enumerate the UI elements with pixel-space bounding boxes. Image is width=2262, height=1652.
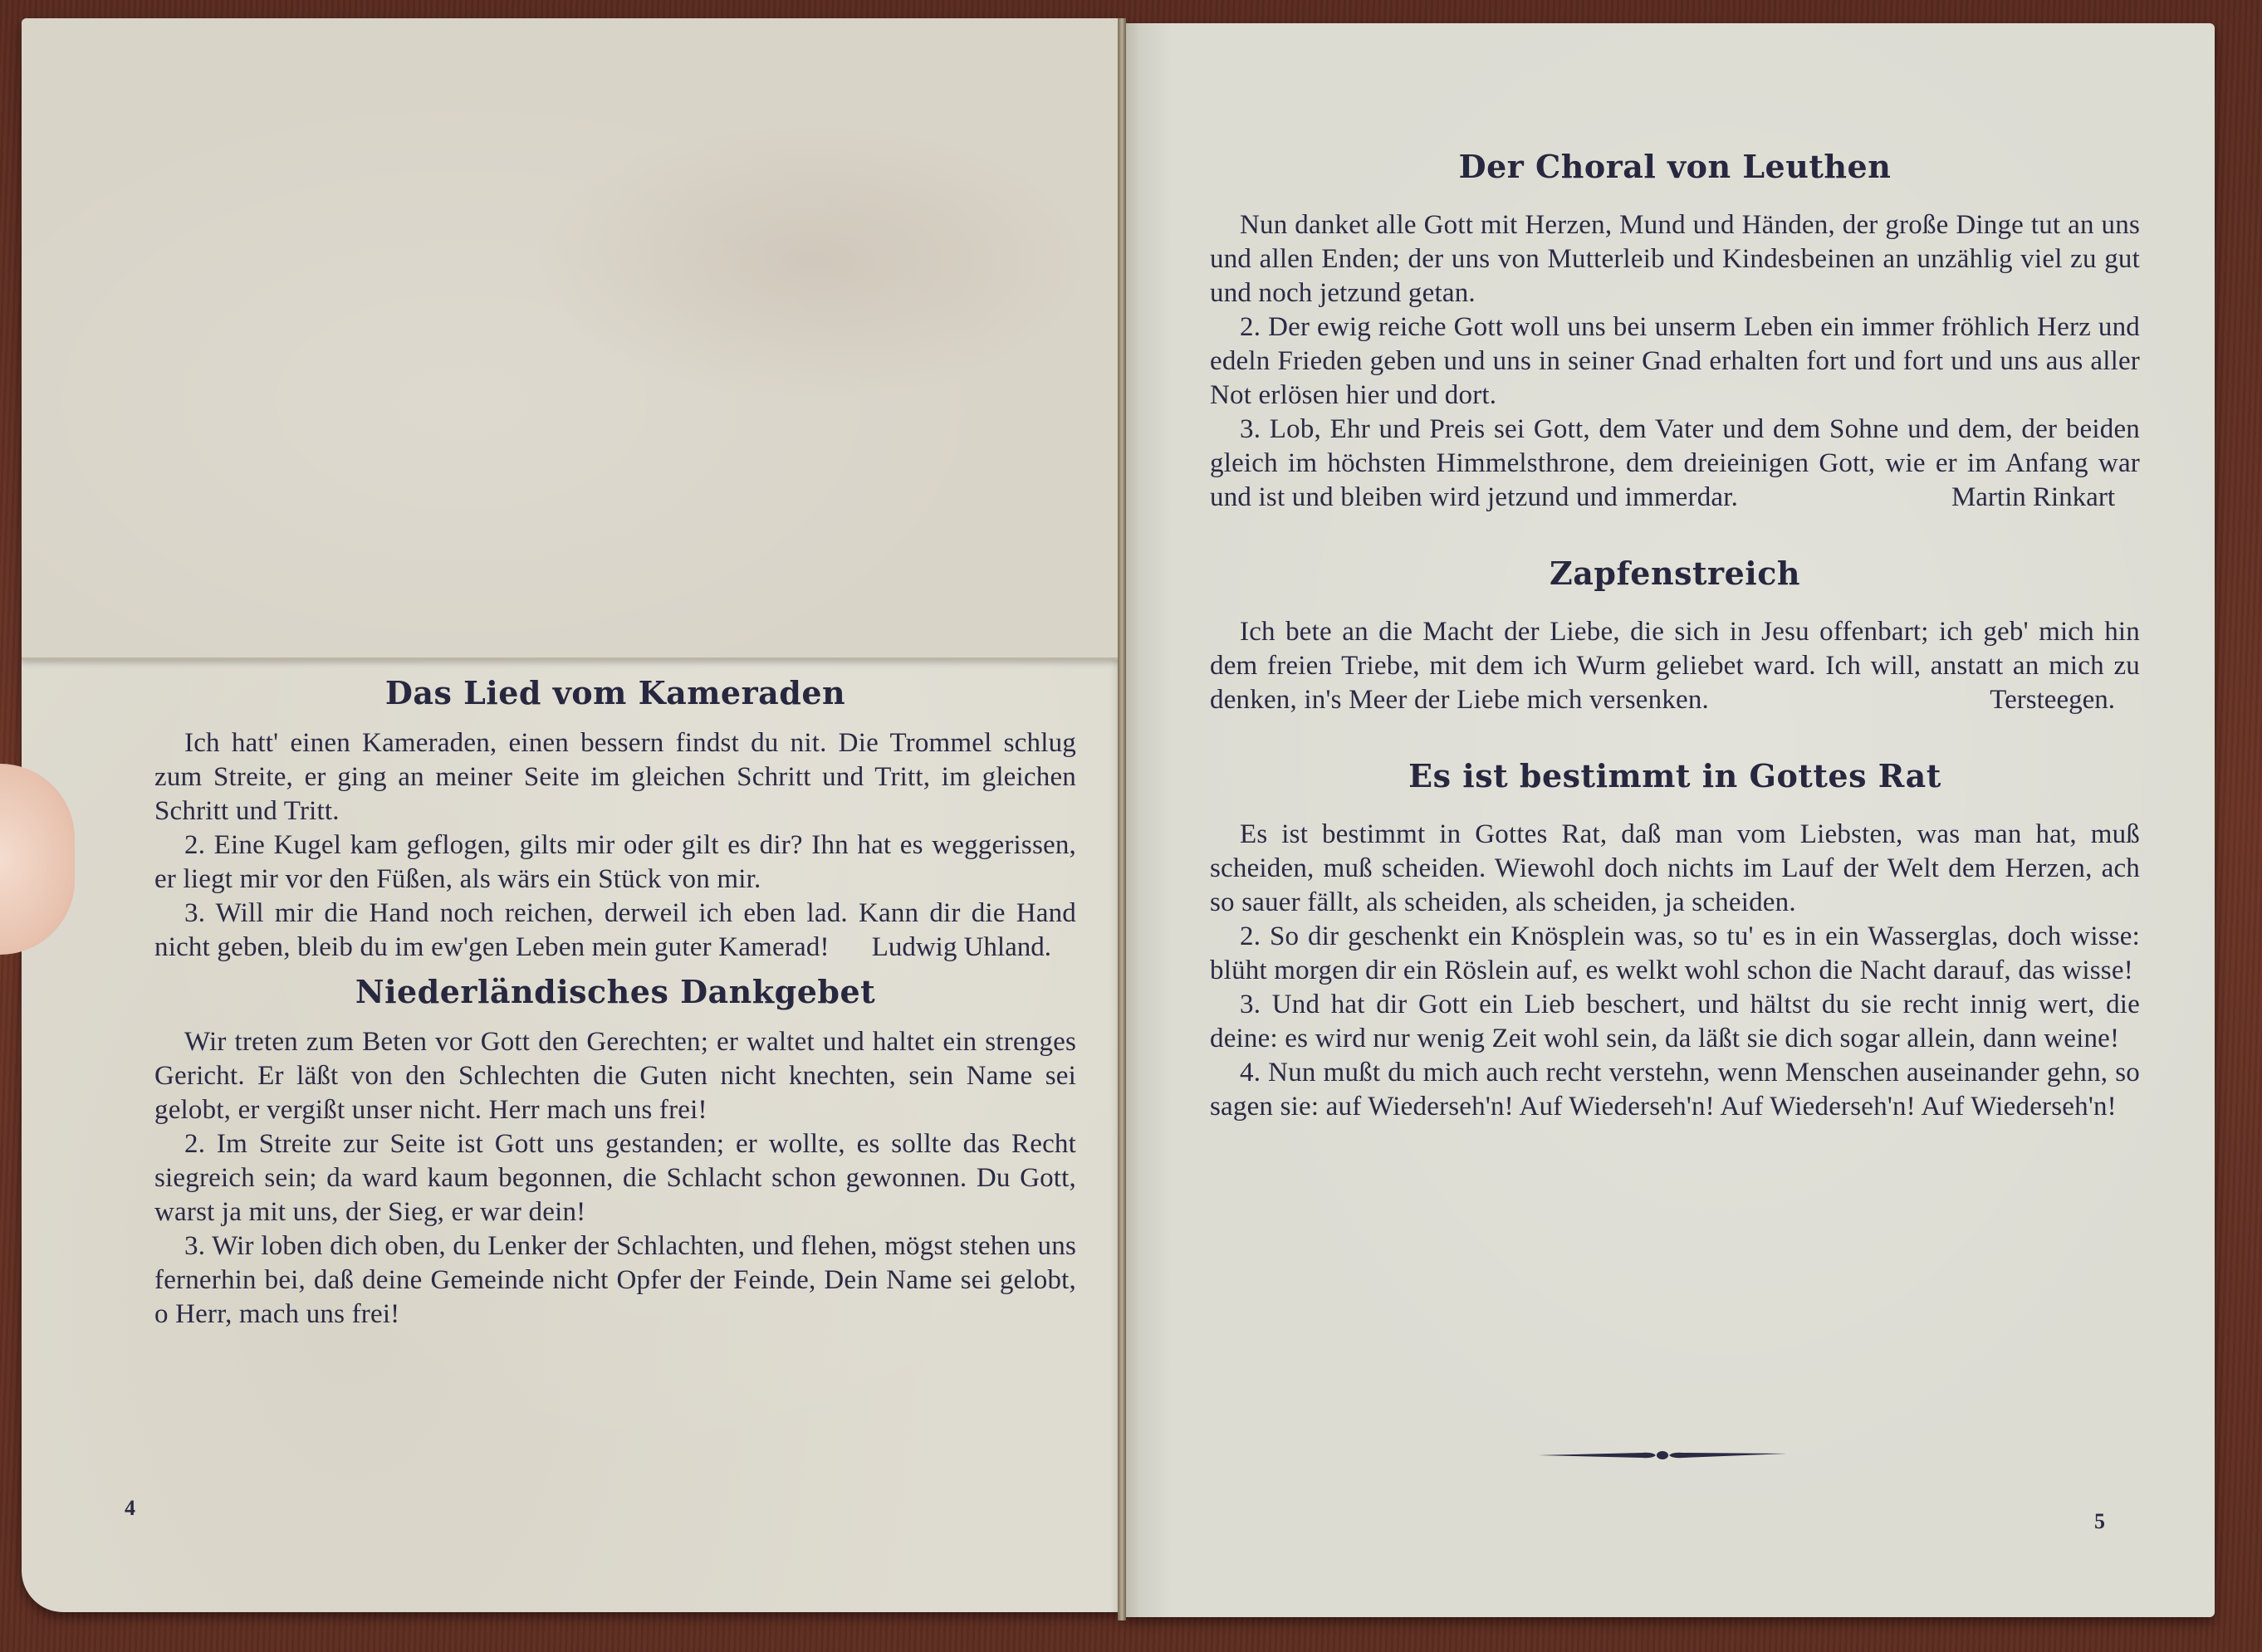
verse: Ich hatt' einen Kameraden, einen bessern… — [154, 726, 1076, 828]
verse: 2. Der ewig reiche Gott woll uns bei uns… — [1210, 310, 2140, 413]
verse: 3. Und hat dir Gott ein Lieb beschert, u… — [1210, 988, 2140, 1056]
page-number: 4 — [125, 1496, 135, 1521]
verse: 2. Im Streite zur Seite ist Gott uns ges… — [154, 1127, 1076, 1229]
verse: Wir treten zum Beten vor Gott den Gerech… — [154, 1025, 1076, 1127]
song-title: Niederländisches Dankgebet — [154, 973, 1076, 1010]
verse: 2. So dir geschenkt ein Knösplein was, s… — [1210, 920, 2140, 988]
left-page: Das Lied vom Kameraden Ich hatt' einen K… — [22, 18, 1122, 1612]
verse: 3. Wir loben dich oben, du Lenker der Sc… — [154, 1229, 1076, 1332]
verse: 2. Eine Kugel kam geflogen, gilts mir od… — [154, 828, 1076, 897]
song-title: Zapfenstreich — [1210, 555, 2140, 592]
verse: Es ist bestimmt in Gottes Rat, daß man v… — [1210, 818, 2140, 920]
song-title: Der Choral von Leuthen — [1210, 148, 2140, 185]
book-spine — [1118, 18, 1126, 1620]
end-ornament-icon — [1538, 1449, 1787, 1461]
verse: 4. Nun mußt du mich auch recht verstehn,… — [1210, 1056, 2140, 1124]
song-title: Das Lied vom Kameraden — [154, 674, 1076, 711]
right-page-content: Der Choral von Leuthen Nun danket alle G… — [1210, 148, 2140, 1124]
song-title: Es ist bestimmt in Gottes Rat — [1210, 757, 2140, 794]
folded-blank-flap — [22, 18, 1122, 660]
right-page: Der Choral von Leuthen Nun danket alle G… — [1123, 23, 2215, 1617]
verse: Nun danket alle Gott mit Herzen, Mund un… — [1210, 208, 2140, 310]
page-number: 5 — [2094, 1509, 2105, 1534]
left-page-content: Das Lied vom Kameraden Ich hatt' einen K… — [154, 674, 1076, 1332]
